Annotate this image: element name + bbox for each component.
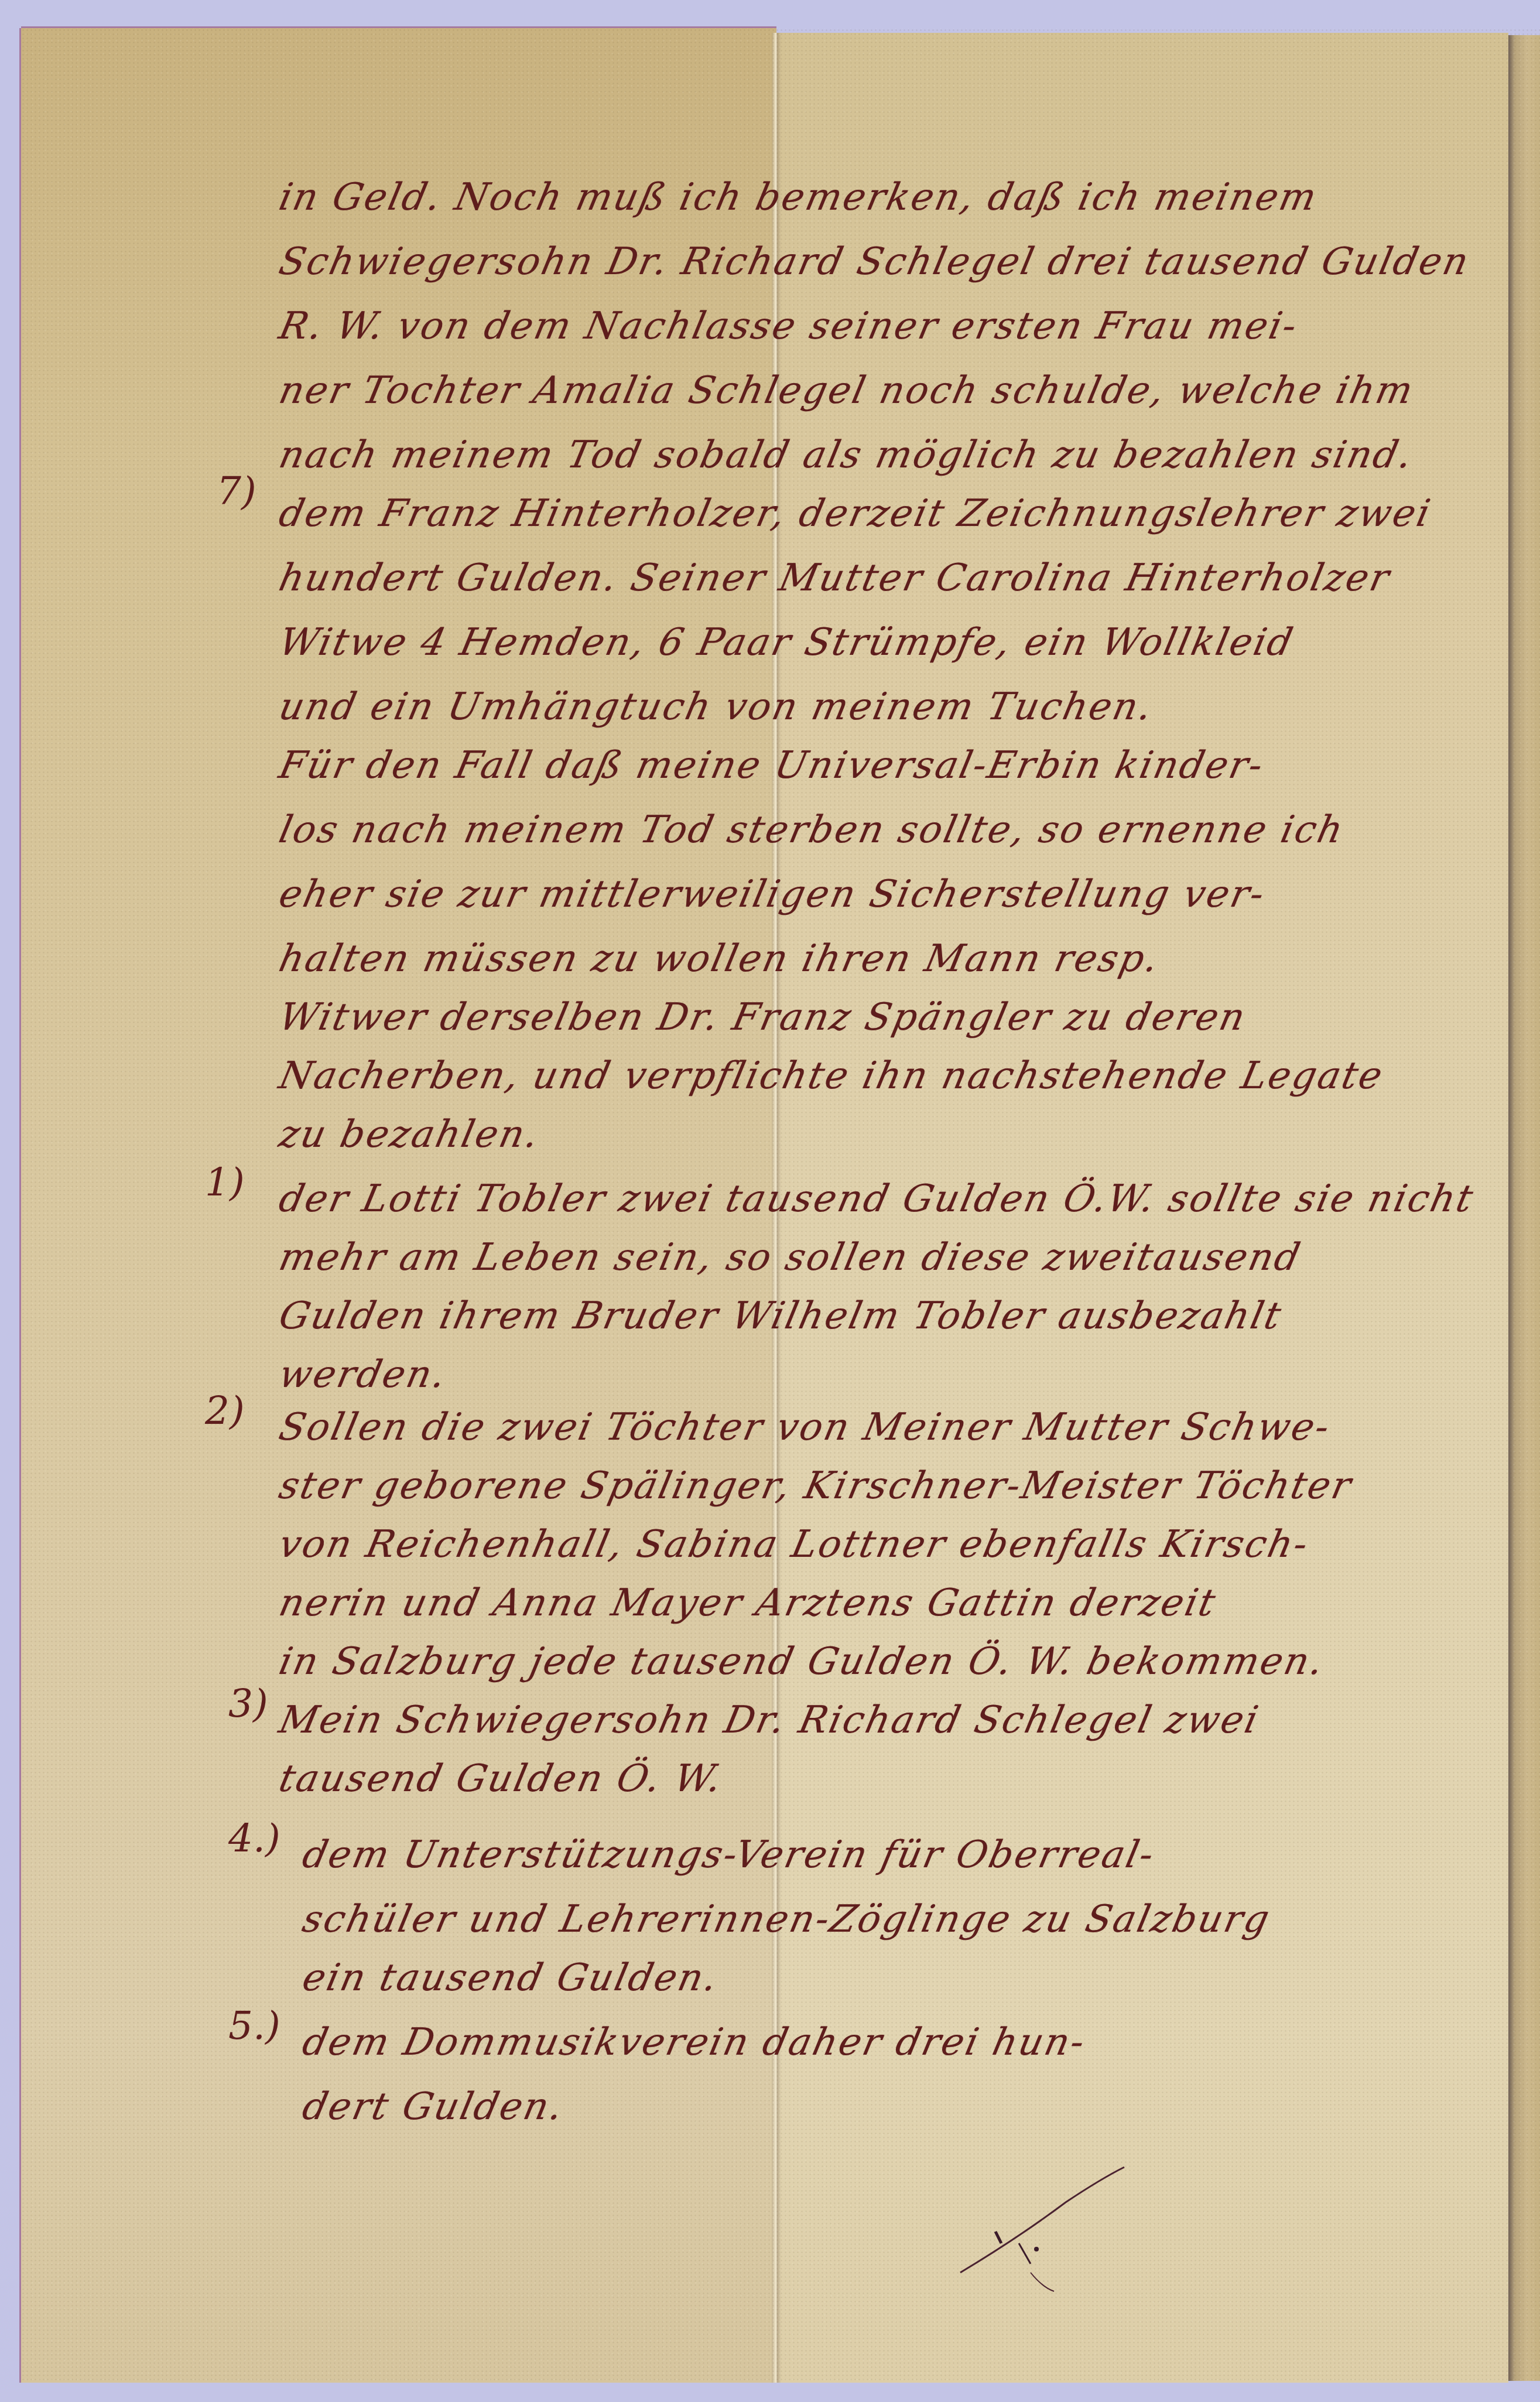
text-line: in Geld. Noch muß ich bemerken, daß ich … (275, 176, 1322, 219)
text-line: Sollen die zwei Töchter von Meiner Mutte… (275, 1406, 1335, 1449)
text-line: in Salzburg jede tausend Gulden Ö. W. be… (275, 1640, 1329, 1683)
text-line: schüler und Lehrerinnen-Zöglinge zu Salz… (299, 1898, 1275, 1941)
text-line: mehr am Leben sein, so sollen diese zwei… (275, 1236, 1305, 1279)
text-line: ein tausend Gulden. (299, 1956, 723, 2000)
text-line: werden. (275, 1353, 451, 1396)
text-line: los nach meinem Tod sterben sollte, so e… (275, 808, 1349, 852)
text-line: Schwiegersohn Dr. Richard Schlegel drei … (275, 240, 1474, 283)
text-line: tausend Gulden Ö. W. (275, 1757, 727, 1800)
text-line: zu bezahlen. (275, 1113, 544, 1156)
text-line: ster geborene Spälinger, Kirschner-Meist… (275, 1464, 1356, 1508)
item-number: 1) (205, 1160, 245, 1205)
text-line: und ein Umhängtuch von meinem Tuchen. (275, 685, 1158, 729)
item-number: 5.) (228, 2003, 280, 2048)
text-line: von Reichenhall, Sabina Lottner ebenfall… (275, 1523, 1313, 1566)
text-line: nach meinem Tod sobald als möglich zu be… (275, 433, 1418, 477)
pen-flourish-mark (949, 2155, 1136, 2296)
text-line: Witwer derselben Dr. Franz Spängler zu d… (275, 996, 1250, 1039)
handwritten-text: in Geld. Noch muß ich bemerken, daß ich … (0, 0, 1540, 2402)
text-line: eher sie zur mittlerweiligen Sicherstell… (275, 873, 1269, 916)
text-line: R. W. von dem Nachlasse seiner ersten Fr… (275, 305, 1302, 348)
text-line: der Lotti Tobler zwei tausend Gulden Ö.W… (275, 1177, 1479, 1221)
text-line: Mein Schwiegersohn Dr. Richard Schlegel … (275, 1699, 1264, 1742)
text-line: Witwe 4 Hemden, 6 Paar Strümpfe, ein Wol… (275, 621, 1298, 664)
text-line: dem Dommusikverein daher drei hun- (299, 2021, 1090, 2064)
item-number: 4.) (228, 1816, 280, 1861)
text-line: Für den Fall daß meine Universal-Erbin k… (275, 744, 1268, 787)
text-line: ner Tochter Amalia Schlegel noch schulde… (275, 369, 1418, 412)
text-line: Nacherben, und verpflichte ihn nachstehe… (275, 1054, 1388, 1098)
text-line: halten müssen zu wollen ihren Mann resp. (275, 937, 1164, 980)
text-line: dert Gulden. (299, 2085, 568, 2128)
text-line: dem Unterstützungs-Verein für Oberreal- (299, 1833, 1159, 1877)
item-number: 2) (205, 1388, 245, 1433)
text-line: Gulden ihrem Bruder Wilhelm Tobler ausbe… (275, 1294, 1286, 1338)
item-number: 3) (228, 1681, 268, 1726)
text-line: hundert Gulden. Seiner Mutter Carolina H… (275, 556, 1395, 600)
text-line: dem Franz Hinterholzer, derzeit Zeichnun… (275, 492, 1436, 535)
item-number: 7) (217, 469, 256, 514)
text-line: nerin und Anna Mayer Arztens Gattin derz… (275, 1581, 1221, 1625)
